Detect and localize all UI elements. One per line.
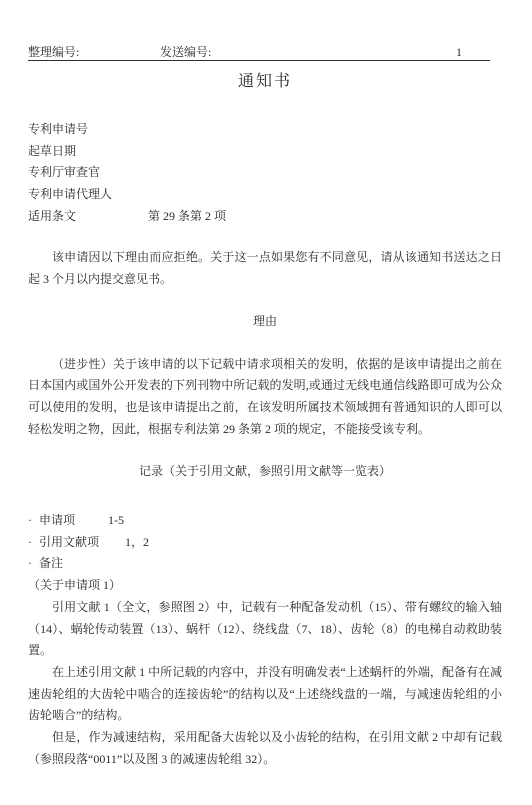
- record-row-remarks: ·备注: [28, 553, 502, 575]
- meta-fields: 专利申请号 起草日期 专利厅审查官 专利申请代理人 适用条文 第 29 条第 2…: [28, 119, 502, 227]
- field-label: 适用条文: [28, 209, 76, 223]
- field-value: 第 29 条第 2 项: [148, 206, 226, 228]
- page-number: 1: [456, 46, 462, 59]
- field-row-applicable-provision: 适用条文 第 29 条第 2 项: [28, 206, 502, 228]
- document-header: 整理编号: 发送编号: 1: [28, 45, 490, 61]
- field-row-agent: 专利申请代理人: [28, 184, 502, 206]
- field-row-examiner: 专利厅审查官: [28, 162, 502, 184]
- record-label: 引用文献项: [39, 535, 99, 549]
- field-label: 专利厅审查官: [28, 165, 100, 179]
- record-label: 申请项: [39, 513, 75, 527]
- bullet-icon: ·: [28, 556, 32, 570]
- reason-paragraph: （进步性）关于该申请的以下记载中请求项相关的发明，依据的是该申请提出之前在日本国…: [28, 354, 502, 441]
- record-row-cited-documents: ·引用文献项 1，2: [28, 532, 502, 554]
- field-label: 专利申请代理人: [28, 187, 112, 201]
- record-value: 1-5: [108, 510, 124, 532]
- ref-number-label: 整理编号:: [28, 46, 79, 59]
- reason-heading: 理由: [28, 311, 502, 333]
- field-row-draft-date: 起草日期: [28, 141, 502, 163]
- field-label: 专利申请号: [28, 122, 88, 136]
- field-row-application-number: 专利申请号: [28, 119, 502, 141]
- record-block: ·申请项 1-5 ·引用文献项 1，2 ·备注 （关于申请项 1） 引用文献 1…: [28, 510, 502, 770]
- field-label: 起草日期: [28, 144, 76, 158]
- record-label: 备注: [39, 556, 63, 570]
- notice-document-page: 整理编号: 发送编号: 1 通知书 专利申请号 起草日期 专利厅审查官 专利申请…: [0, 0, 532, 805]
- body-paragraph: 在上述引用文献 1 中所记载的内容中，并没有明确发表“上述蜗杆的外端，配备有在减…: [28, 662, 502, 727]
- body-paragraph: 但是，作为减速结构，采用配备大齿轮以及小齿轮的结构，在引用文献 2 中却有记载（…: [28, 727, 502, 770]
- record-heading: 记录（关于引用文献，参照引用文献等一览表）: [28, 461, 502, 483]
- document-title: 通知书: [28, 71, 502, 93]
- bullet-icon: ·: [28, 513, 32, 527]
- document-content: 整理编号: 发送编号: 1 通知书 专利申请号 起草日期 专利厅审查官 专利申请…: [28, 45, 502, 770]
- record-row-claims: ·申请项 1-5: [28, 510, 502, 532]
- bullet-icon: ·: [28, 535, 32, 549]
- claim-note-heading: （关于申请项 1）: [28, 575, 502, 597]
- record-value: 1，2: [125, 532, 149, 554]
- send-number-label: 发送编号:: [160, 46, 211, 59]
- body-paragraph: 引用文献 1（全文，参照图 2）中，记载有一种配备发动机（15）、带有螺纹的输入…: [28, 597, 502, 662]
- intro-paragraph: 该申请因以下理由而应拒绝。关于这一点如果您有不同意见，请从该通知书送达之日起 3…: [28, 247, 502, 290]
